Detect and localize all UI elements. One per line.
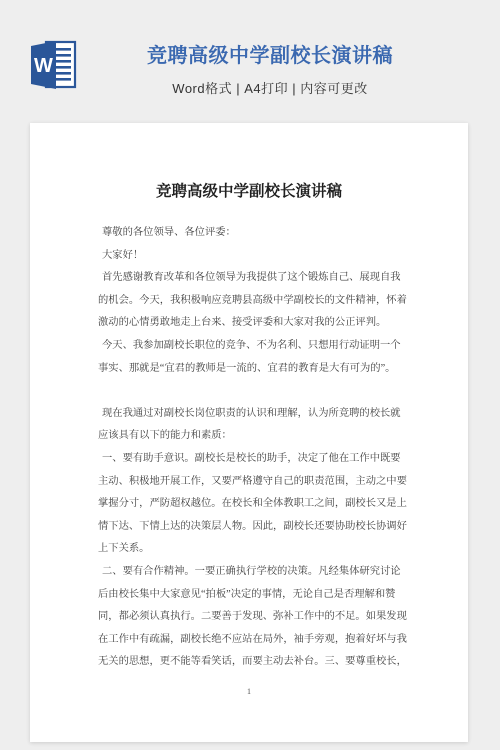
- preview-header: W 竞聘高级中学副校长演讲稿 Word格式 | A4打印 | 内容可更改: [0, 0, 500, 123]
- page-title: 竞聘高级中学副校长演讲稿: [40, 44, 500, 68]
- page-number: 1: [30, 687, 468, 696]
- document-title: 竞聘高级中学副校长演讲稿: [30, 179, 468, 201]
- paragraph: 大家好！: [98, 245, 409, 268]
- document-body: 尊敬的各位领导、各位评委：大家好！首先感谢教育改革和各位领导为我提供了这个锻炼自…: [98, 222, 409, 674]
- header-text-block: 竞聘高级中学副校长演讲稿 Word格式 | A4打印 | 内容可更改: [40, 44, 500, 97]
- page-subtitle: Word格式 | A4打印 | 内容可更改: [40, 78, 500, 97]
- paragraph: 尊敬的各位领导、各位评委：: [98, 222, 409, 245]
- document-page[interactable]: 竞聘高级中学副校长演讲稿 尊敬的各位领导、各位评委：大家好！首先感谢教育改革和各…: [30, 123, 468, 742]
- blank-line: [98, 380, 409, 403]
- paragraph: 今天、我参加副校长职位的竞争、不为名利、只想用行动证明一个事实、那就是“宜君的教…: [98, 335, 409, 380]
- paragraph: 首先感谢教育改革和各位领导为我提供了这个锻炼自己、展现自我的机会。今天，我积极响…: [98, 267, 409, 335]
- paragraph: 现在我通过对副校长岗位职责的认识和理解，认为所竞聘的校长就应该具有以下的能力和素…: [98, 403, 409, 448]
- paragraph: 二、要有合作精神。一要正确执行学校的决策。凡经集体研究讨论后由校长集中大家意见“…: [98, 561, 409, 674]
- paragraph: 一、要有助手意识。副校长是校长的助手，决定了他在工作中既要主动、积极地开展工作，…: [98, 448, 409, 561]
